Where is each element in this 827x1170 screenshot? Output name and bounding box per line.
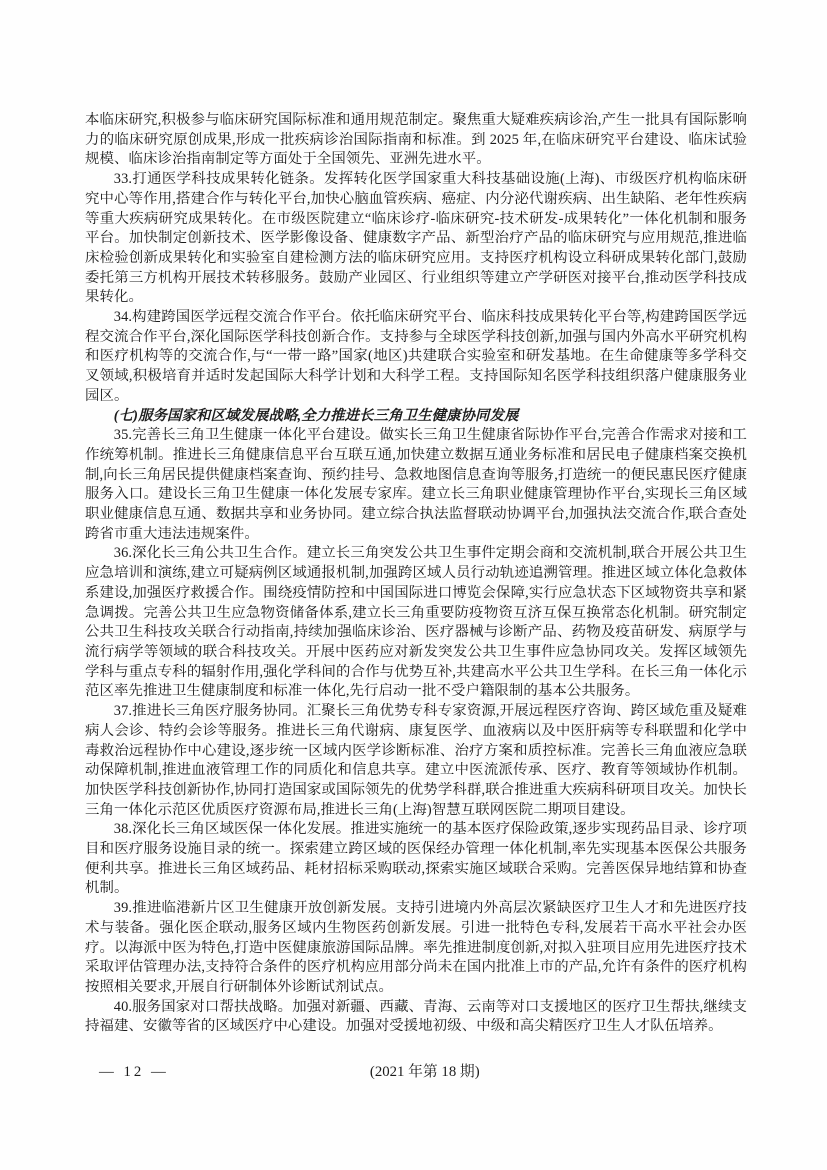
paragraph-34: 34.构建跨国医学远程交流合作平台。依托临床研究平台、临床科技成果转化平台等,构… <box>85 308 747 407</box>
paragraph-33: 33.打通医学科技成果转化链条。发挥转化医学国家重大科技基础设施(上海)、市级医… <box>85 170 747 308</box>
page-footer: — 12 — (2021 年第 18 期) <box>85 1061 747 1083</box>
paragraph-37: 37.推进长三角医疗服务协同。汇聚长三角优势专科专家资源,开展远程医疗咨询、跨区… <box>85 702 747 820</box>
paragraph-35: 35.完善长三角卫生健康一体化平台建设。做实长三角卫生健康省际协作平台,完善合作… <box>85 426 747 544</box>
page-number: — 12 — <box>99 1061 169 1083</box>
paragraph-continuation: 本临床研究,积极参与临床研究国际标准和通用规范制定。聚焦重大疑难疾病诊治,产生一… <box>85 111 747 170</box>
paragraph-39: 39.推进临港新片区卫生健康开放创新发展。支持引进境内外高层次紧缺医疗卫生人才和… <box>85 899 747 998</box>
section-heading: (七)服务国家和区域发展战略,全力推进长三角卫生健康协同发展 <box>85 407 747 427</box>
document-page: 本临床研究,积极参与临床研究国际标准和通用规范制定。聚焦重大疑难疾病诊治,产生一… <box>0 0 827 1170</box>
paragraph-38: 38.深化长三角区域医保一体化发展。推进实施统一的基本医疗保险政策,逐步实现药品… <box>85 820 747 899</box>
body-text: 本临床研究,积极参与临床研究国际标准和通用规范制定。聚焦重大疑难疾病诊治,产生一… <box>85 111 747 1037</box>
paragraph-36: 36.深化长三角公共卫生合作。建立长三角突发公共卫生事件定期会商和交流机制,联合… <box>85 544 747 702</box>
issue-label: (2021 年第 18 期) <box>370 1061 480 1083</box>
paragraph-40: 40.服务国家对口帮扶战略。加强对新疆、西藏、青海、云南等对口支援地区的医疗卫生… <box>85 998 747 1037</box>
